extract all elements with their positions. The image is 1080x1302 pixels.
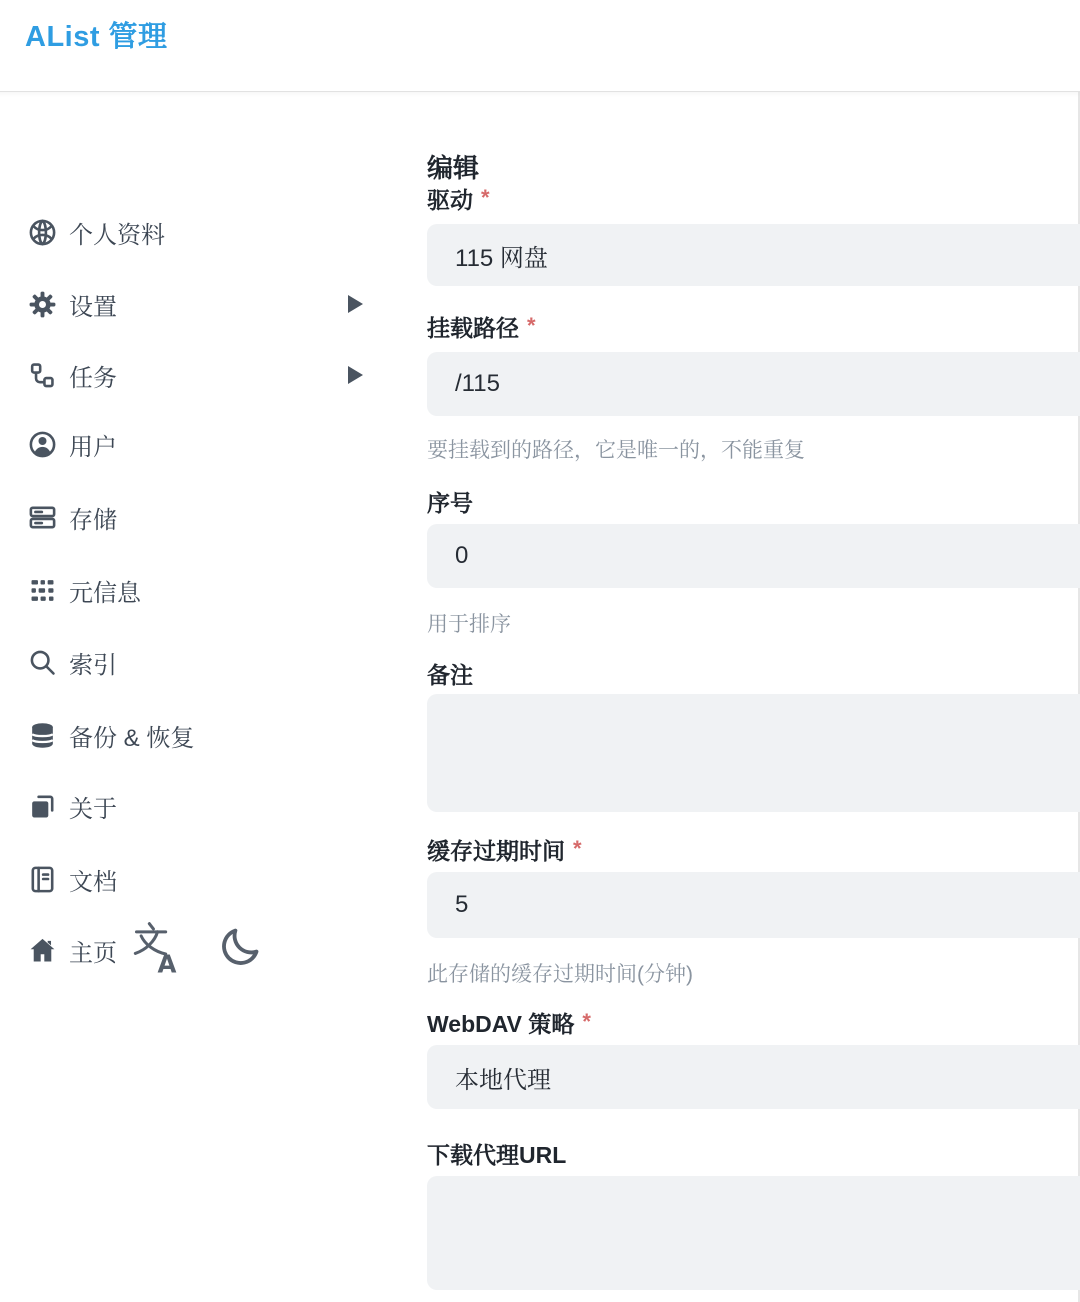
sidebar-item-label: 设置 (69, 287, 117, 322)
cache-expiration-label-text: 缓存过期时间 (427, 833, 565, 866)
sidebar-item-label: 文档 (69, 862, 117, 897)
sidebar-item-storage[interactable]: 存储 (24, 495, 380, 539)
user-icon (24, 426, 60, 462)
webdav-policy-label-text: WebDAV 策略 (427, 1006, 574, 1039)
sidebar-item-profile[interactable]: 个人资料 (24, 210, 380, 254)
download-proxy-url-label: 下载代理URL (427, 1138, 566, 1168)
remark-label: 备注 (427, 658, 473, 688)
order-input[interactable]: 0 (427, 524, 1080, 588)
required-asterisk: * (527, 313, 536, 339)
metadata-icon (24, 572, 60, 608)
order-label-text: 序号 (427, 485, 473, 518)
sidebar-item-label: 个人资料 (69, 215, 165, 250)
search-icon (24, 644, 60, 680)
sidebar-item-users[interactable]: 用户 (24, 422, 380, 466)
remark-label-text: 备注 (427, 657, 473, 690)
sidebar-item-docs[interactable]: 文档 (24, 857, 380, 901)
theme-toggle[interactable] (212, 920, 268, 976)
driver-select[interactable]: 115 网盘 (427, 224, 1080, 286)
driver-label: 驱动 * (427, 183, 490, 213)
remark-textarea[interactable] (427, 694, 1080, 812)
order-helper: 用于排序 (427, 608, 511, 634)
sidebar-item-tasks[interactable]: 任务 (24, 353, 380, 397)
tasks-icon (24, 357, 60, 393)
required-asterisk: * (573, 836, 582, 862)
mount-path-input[interactable]: /115 (427, 352, 1080, 416)
database-icon (24, 717, 60, 753)
alist-admin-page: AList 管理 个人资料 (0, 0, 1080, 1302)
sidebar: 个人资料 设置 (0, 92, 400, 1302)
sidebar-item-backup-restore[interactable]: 备份 & 恢复 (24, 713, 380, 757)
language-toggle[interactable]: A (122, 920, 186, 976)
mount-path-input-value: /115 (427, 370, 500, 398)
order-input-value: 0 (427, 542, 468, 570)
sidebar-item-label: 关于 (69, 789, 117, 824)
mount-path-label: 挂载路径 * (427, 311, 536, 341)
download-proxy-url-label-text: 下载代理URL (427, 1137, 566, 1170)
driver-select-value: 115 网盘 (427, 238, 548, 273)
docs-icon (24, 861, 60, 897)
sidebar-item-label: 备份 & 恢复 (69, 718, 194, 753)
cache-expiration-input[interactable]: 5 (427, 872, 1080, 938)
about-icon (24, 788, 60, 824)
sidebar-item-about[interactable]: 关于 (24, 784, 380, 828)
webdav-policy-label: WebDAV 策略 * (427, 1007, 591, 1037)
webdav-policy-select[interactable]: 本地代理 (427, 1045, 1080, 1109)
svg-text:A: A (158, 949, 177, 974)
webdav-policy-select-value: 本地代理 (427, 1060, 551, 1095)
sidebar-item-label: 用户 (69, 427, 117, 462)
sidebar-item-metadata[interactable]: 元信息 (24, 568, 380, 612)
required-asterisk: * (481, 185, 490, 211)
cache-expiration-helper: 此存储的缓存过期时间(分钟) (427, 958, 693, 984)
sidebar-item-label: 元信息 (69, 573, 141, 608)
chevron-right-icon (345, 364, 365, 386)
moon-icon (217, 924, 263, 973)
sidebar-item-settings[interactable]: 设置 (24, 282, 380, 326)
driver-label-text: 驱动 (427, 182, 473, 215)
sidebar-item-label: 索引 (69, 645, 117, 680)
gear-icon (24, 286, 60, 322)
required-asterisk: * (582, 1009, 591, 1035)
chevron-right-icon (345, 293, 365, 315)
sidebar-item-label: 存储 (69, 500, 117, 535)
cache-expiration-input-value: 5 (427, 891, 468, 919)
cache-expiration-label: 缓存过期时间 * (427, 834, 582, 864)
sidebar-item-index[interactable]: 索引 (24, 640, 380, 684)
mount-path-helper: 要挂载到的路径，它是唯一的，不能重复 (427, 434, 805, 460)
profile-icon (24, 214, 60, 250)
sidebar-item-label: 任务 (69, 358, 117, 393)
order-label: 序号 (427, 486, 473, 516)
mount-path-label-text: 挂载路径 (427, 310, 519, 343)
app-title: AList 管理 (25, 14, 168, 55)
download-proxy-url-textarea[interactable] (427, 1176, 1080, 1290)
sidebar-toggle-row: A (0, 920, 400, 976)
storage-icon (24, 499, 60, 535)
page-title: 编辑 (427, 148, 479, 185)
translate-icon: A (126, 919, 182, 978)
